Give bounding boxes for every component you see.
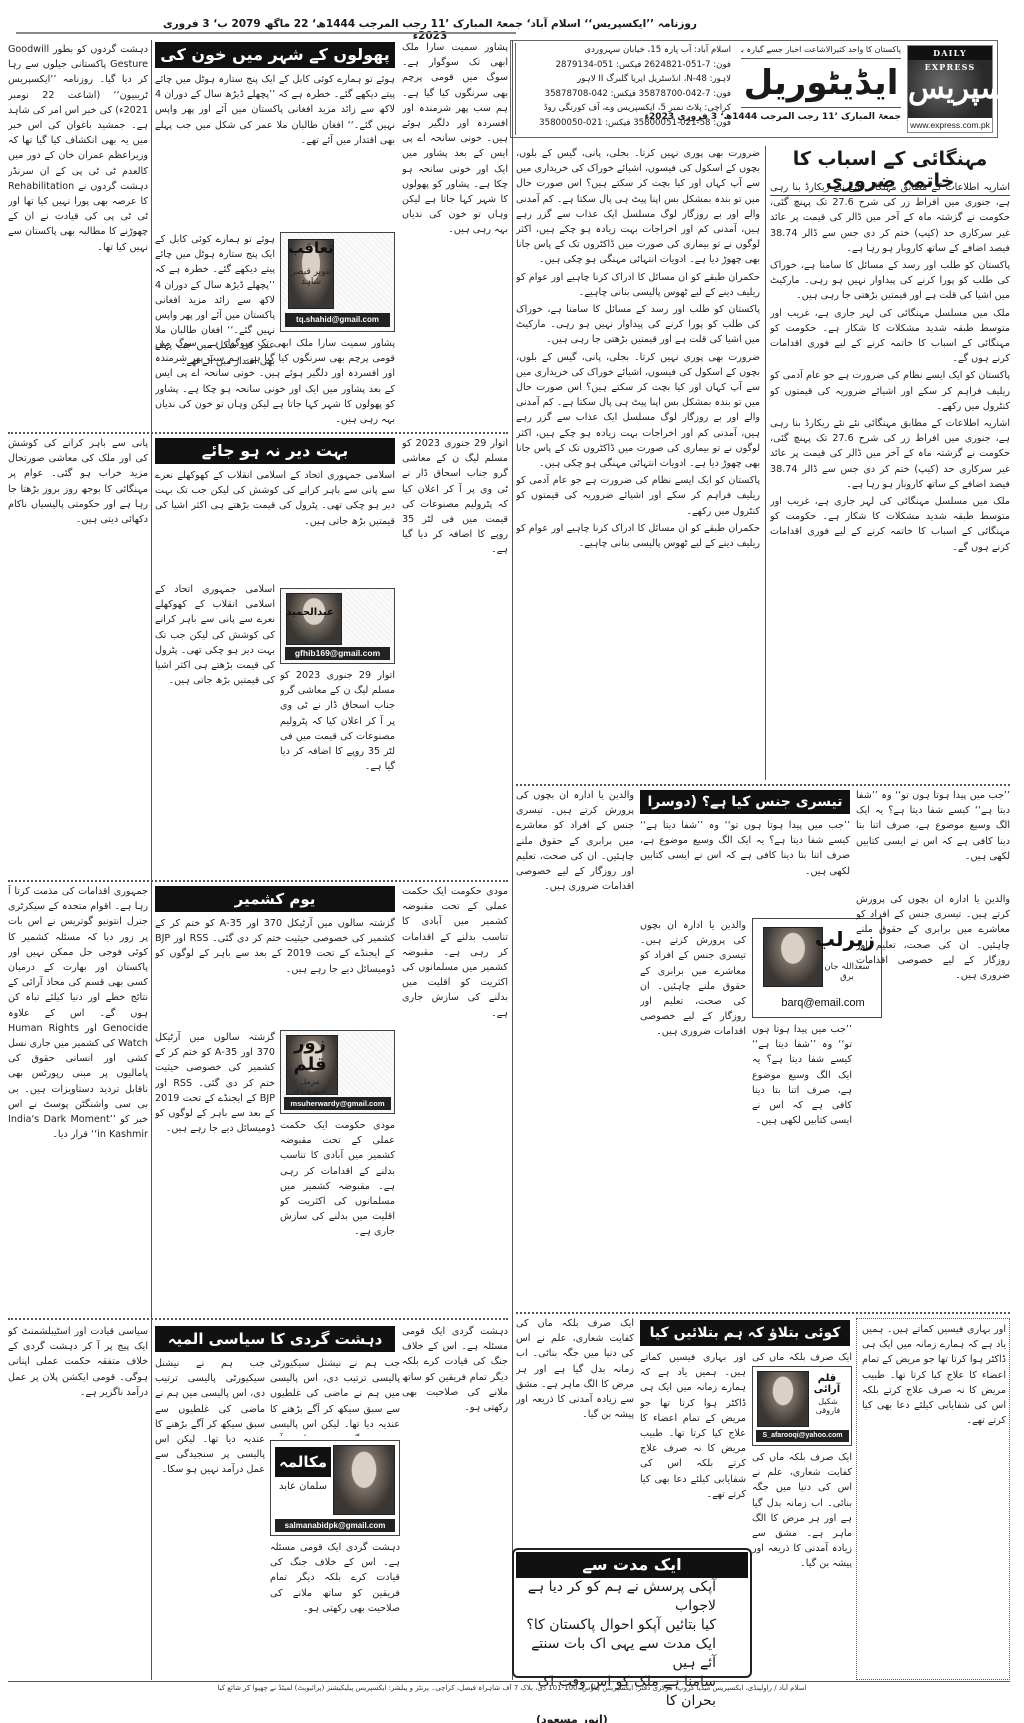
paragraph: حکمران طبقے کو ان مسائل کا ادراک کرنا چا… xyxy=(516,270,760,300)
article-body: گزشتہ سالوں میں آرٹیکل 370 اور 35-A کو خ… xyxy=(155,916,395,1026)
sidebar-text: دہشت گردوں کو بطور Goodwill Gesture پاکس… xyxy=(8,44,148,253)
express-logo[interactable]: DAILY EXPRESS ایکسپریس www.express.com.p… xyxy=(907,45,993,133)
article-body: والدین یا ادارہ ان بچوں کی پرورش کرتے ہی… xyxy=(640,918,746,1308)
article-body: ایک صرف بلکہ ماں کی کفایت شعاری، علم نے … xyxy=(752,1350,852,1364)
columnist-box: زور قلم مزمل سہروردی msuherwardy@gmail.c… xyxy=(280,1030,395,1114)
paragraph: پاکستان کو طلب اور رسد کے مسائل کا سامنا… xyxy=(516,302,760,348)
paragraph: پاکستان کو ایک ایسے نظام کی ضرورت ہے جو … xyxy=(516,473,760,519)
contact-line: فون: 7-051-2624821 فیکس: 051-2879134 xyxy=(516,58,731,73)
paragraph: اشاریہ اطلاعات کے مطابق مہنگائی نئے نئے … xyxy=(770,180,1010,256)
section-title: ایڈیٹوریل xyxy=(741,59,901,108)
contact-info: اسلام آباد: آب پارہ 15، خیابان سہروردی ف… xyxy=(515,43,737,135)
editorial-column-2: ضرورت بھی پوری نہیں کرتا۔ بجلی، پانی، گی… xyxy=(516,146,760,780)
headline-bar: دہشت گردی کا سیاسی المیہ xyxy=(155,1326,395,1352)
columnist-photo xyxy=(757,1371,809,1427)
columnist-email[interactable]: msuherwardy@gmail.com xyxy=(284,1097,391,1110)
article-body: گزشتہ سالوں میں آرٹیکل 370 اور 35-A کو خ… xyxy=(155,1030,275,1312)
paragraph: ضرورت بھی پوری نہیں کرتا۔ بجلی، پانی، گی… xyxy=(516,146,760,268)
article-body: والدین یا ادارہ ان بچوں کی پرورش کرتے ہی… xyxy=(516,788,634,1308)
columnist-box: مکالمہ سلمان عابد salmanabidpk@gmail.com xyxy=(270,1440,400,1536)
columnist-name: مزمل سہروردی xyxy=(283,1077,337,1095)
tagline: پاکستان کا واحد کثیرالاشاعت اخبار جسے گی… xyxy=(741,45,901,59)
section-divider xyxy=(516,784,1010,786)
column-divider xyxy=(151,40,152,1680)
article-lead: پشاور سمیت سارا ملک ابھی تک سوگوار ہے۔ س… xyxy=(402,40,508,430)
article-body: جب ہم نے نیشنل سیکیورٹی پالیسی ترتیب دی،… xyxy=(155,1356,265,1680)
contact-line: فون: 58-021-35800051 فیکس: 021-35800050 xyxy=(516,116,731,131)
editorial-column-1: اشاریہ اطلاعات کے مطابق مہنگائی نئے نئے … xyxy=(770,180,1010,780)
section-divider xyxy=(516,1312,1010,1314)
poem-line: آپکی پرسش نے ہم کو کر دیا ہے لاجواب xyxy=(514,1578,750,1616)
columnist-email[interactable]: S_afarooqi@yahoo.com xyxy=(756,1430,849,1442)
column-name: تعاقب xyxy=(285,239,337,257)
headline-bar: پھولوں کے شہر میں خون کی ندیاں xyxy=(155,42,395,68)
brand-top-label: DAILY EXPRESS xyxy=(908,46,992,60)
poem-title: ایک مدت سے xyxy=(516,1552,748,1578)
column-name: مکالمہ xyxy=(275,1447,331,1477)
columnist-box: قلم آرائی شکیل فاروقی S_afarooqi@yahoo.c… xyxy=(752,1366,852,1446)
contact-line: کراچی: پلاٹ نمبر 5، ایکسپریس وے، آف کورن… xyxy=(516,101,731,116)
paragraph: پاکستان کو طلب اور رسد کے مسائل کا سامنا… xyxy=(770,258,1010,304)
article-body: پشاور سمیت سارا ملک ابھی تک سوگوار ہے۔ س… xyxy=(155,336,395,428)
columnist-name: عبدالحمید xyxy=(285,607,335,618)
columnist-photo xyxy=(333,1445,395,1515)
columnist-email[interactable]: salmanabidpk@gmail.com xyxy=(275,1519,395,1532)
columnist-name: تنویر قیصر شاہد xyxy=(283,267,339,287)
article-body: والدین یا ادارہ ان بچوں کی پرورش کرتے ہی… xyxy=(856,892,1010,1308)
poem-line: کیا بتائیں آپکو احوال پاکستان کا؟ xyxy=(514,1616,750,1635)
page-center-divider xyxy=(512,40,513,1680)
headline-bar: بہت دیر نہ ہو جائے xyxy=(155,438,395,464)
top-strip: روزنامہ ’’ایکسپریس‘‘ اسلام آباد‘ جمعۃ ال… xyxy=(0,0,1024,34)
column-name: قلم آرائی xyxy=(807,1373,847,1395)
article-body: اسلامی جمہوری اتحاد کے اسلامی انقلاب کے … xyxy=(155,582,275,876)
poem-line: ایک مدت سے یہی اک بات سنتے آئے ہیں xyxy=(514,1635,750,1673)
poet-name: (انور مسعود) xyxy=(514,1713,750,1723)
article-body: اسلامی جمہوری اتحاد کے اسلامی انقلاب کے … xyxy=(155,468,395,578)
masthead: DAILY EXPRESS ایکسپریس www.express.com.p… xyxy=(510,40,998,138)
headline-bar: کوئی بتلاؤ کہ ہم بتلائیں کیا xyxy=(640,1320,850,1346)
poem-box: ایک مدت سے آپکی پرسش نے ہم کو کر دیا ہے … xyxy=(512,1548,752,1678)
paragraph: پاکستان کو ایک ایسے نظام کی ضرورت ہے جو … xyxy=(770,368,1010,414)
sidebar-continuation: دہشت گردوں کو بطور Goodwill Gesture پاکس… xyxy=(8,42,148,428)
article-lead: اور بہاری فیسیں کماتے ہیں۔ ہمیں یاد ہے ک… xyxy=(862,1322,1006,1676)
headline-bar: یوم کشمیر xyxy=(155,886,395,912)
headline-bar: تیسری جنس کیا ہے؟ (دوسرا اور آخری حصہ) xyxy=(640,790,850,814)
footer-rule xyxy=(8,1681,1010,1682)
columnist-email[interactable]: tq.shahid@gmail.com xyxy=(285,313,390,327)
section-divider xyxy=(8,1318,508,1320)
contact-line: لاہور: 48-N، انڈسٹریل ایریا گلبرگ II لاہ… xyxy=(516,72,731,87)
columnist-name: شکیل فاروقی xyxy=(807,1397,849,1415)
columnist-name: سلمان عابد xyxy=(275,1481,331,1492)
article-lead: ’’جب میں پیدا ہوتا ہوں تو‘‘ وہ ’’شفا دیت… xyxy=(856,788,1010,888)
article-body: ایک صرف بلکہ ماں کی کفایت شعاری، علم نے … xyxy=(516,1316,634,1544)
article-body: جب ہم نے نیشنل سیکیورٹی پالیسی ترتیب دی،… xyxy=(270,1356,400,1436)
column-name: زور قلم xyxy=(285,1033,335,1075)
sidebar-kashmir: جمہوری اقدامات کی مذمت کرتا آ رہا ہے۔ اق… xyxy=(8,884,148,1312)
paragraph: حکمران طبقے کو ان مسائل کا ادراک کرنا چا… xyxy=(516,521,760,551)
contact-line: اسلام آباد: آب پارہ 15، خیابان سہروردی xyxy=(516,43,731,58)
article-body: مودی حکومت ایک حکمت عملی کے تحت مقبوضہ ک… xyxy=(280,1118,395,1312)
globe-logo-icon: ایکسپریس xyxy=(908,60,992,118)
paragraph: اشاریہ اطلاعات کے مطابق مہنگائی نئے نئے … xyxy=(770,416,1010,492)
paragraph: ملک میں مسلسل مہنگائی کی لہر جاری ہے، غر… xyxy=(770,306,1010,367)
columnist-box: تعاقب تنویر قیصر شاہد tq.shahid@gmail.co… xyxy=(280,232,395,332)
article-lead: مودی حکومت ایک حکمت عملی کے تحت مقبوضہ ک… xyxy=(402,884,508,1314)
article-body: ہوئے تو ہمارے کوئی کابل کے ایک پنج ستارہ… xyxy=(155,72,395,232)
column-divider xyxy=(765,146,766,780)
section-divider xyxy=(8,880,508,882)
article-body: ’’جب میں پیدا ہوتا ہوں تو‘‘ وہ ’’شفا دیت… xyxy=(640,818,850,914)
section-date: جمعۃ المبارک ’11 رجب المرجب 1444ھ‘ 3 فرو… xyxy=(741,112,901,122)
article-body: اتوار 29 جنوری 2023 کو مسلم لیگ ن کے معا… xyxy=(280,668,395,876)
article-body: ایک صرف بلکہ ماں کی کفایت شعاری، علم نے … xyxy=(752,1450,852,1680)
masthead-center: پاکستان کا واحد کثیرالاشاعت اخبار جسے گی… xyxy=(741,45,901,133)
paragraph: ملک میں مسلسل مہنگائی کی لہر جاری ہے، غر… xyxy=(770,494,1010,555)
sidebar-bottom: سیاسی قیادت اور اسٹیبلشمنٹ کو ایک پیج پر… xyxy=(8,1324,148,1680)
columnist-box: عبدالحمید gfhib169@gmail.com xyxy=(280,588,395,664)
contact-line: فون: 7-042-35878700 فیکس: 042-35878708 xyxy=(516,87,731,102)
article-body: دہشت گردی ایک قومی مسئلہ ہے۔ اس کے خلاف … xyxy=(270,1540,400,1680)
footer-imprint: اسلام آباد / راولپنڈی، ایکسپریس میڈیا گر… xyxy=(0,1684,1024,1698)
article-body: اور بہاری فیسیں کماتے ہیں۔ ہمیں یاد ہے ک… xyxy=(640,1350,746,1544)
columnist-photo xyxy=(286,593,342,645)
article-lead: اتوار 29 جنوری 2023 کو مسلم لیگ ن کے معا… xyxy=(402,436,508,876)
dateline: روزنامہ ’’ایکسپریس‘‘ اسلام آباد‘ جمعۃ ال… xyxy=(150,18,710,42)
columnist-email[interactable]: gfhib169@gmail.com xyxy=(285,647,390,660)
paragraph: ضرورت بھی پوری نہیں کرتا۔ بجلی، پانی، گی… xyxy=(516,350,760,472)
top-rule xyxy=(16,32,516,34)
sidebar-continuation: پانی سے باہر کرانے کی کوشش کی اور ملک کی… xyxy=(8,436,148,876)
section-divider xyxy=(8,432,508,434)
brand-url-link[interactable]: www.express.com.pk xyxy=(908,118,992,132)
article-lead: دہشت گردی ایک قومی مسئلہ ہے۔ اس کے خلاف … xyxy=(402,1324,508,1680)
article-body: ’’جب میں پیدا ہوتا ہوں تو‘‘ وہ ’’شفا دیت… xyxy=(752,1022,852,1308)
